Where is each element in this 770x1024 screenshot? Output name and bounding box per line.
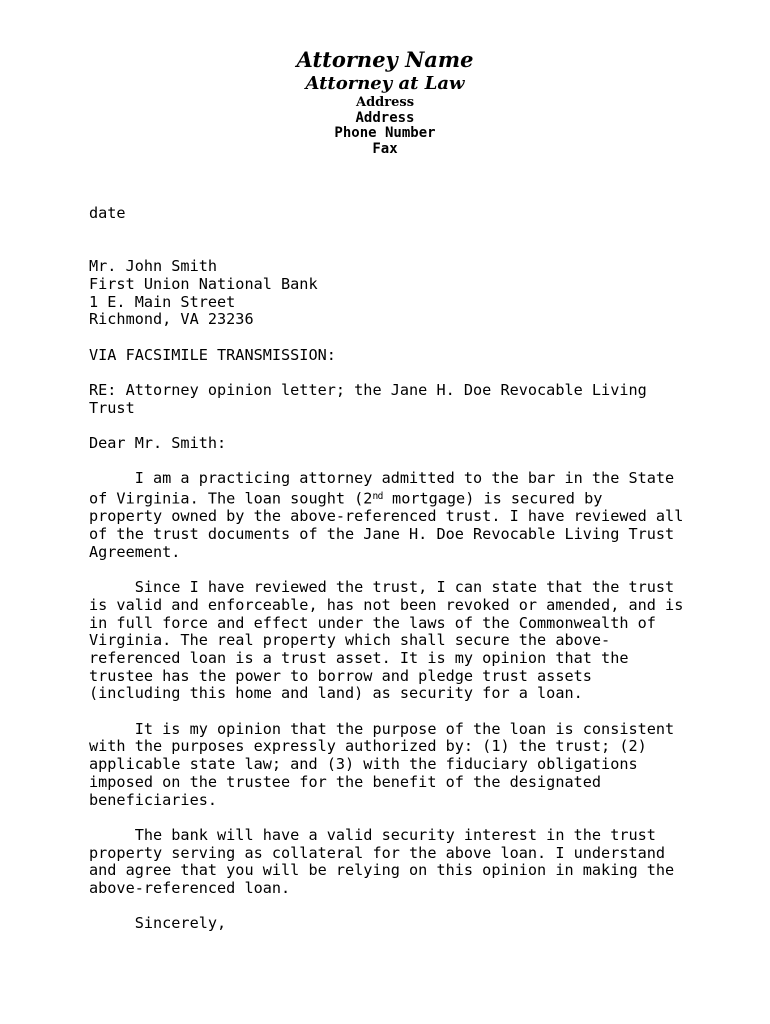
letterhead-fax: Fax <box>0 142 770 158</box>
letter-body: date Mr. John Smith First Union National… <box>0 205 770 933</box>
letterhead: Attorney Name Attorney at Law Address Ad… <box>0 0 770 157</box>
ordinal-superscript: nd <box>372 491 382 502</box>
paragraph-1: I am a practicing attorney admitted to t… <box>89 470 690 561</box>
letterhead-phone: Phone Number <box>0 126 770 142</box>
paragraph-2: Since I have reviewed the trust, I can s… <box>89 579 690 703</box>
letterhead-attorney-name: Attorney Name <box>0 48 770 72</box>
paragraph-4: The bank will have a valid security inte… <box>89 827 690 898</box>
letterhead-attorney-title: Attorney at Law <box>0 72 770 95</box>
salutation-line: Dear Mr. Smith: <box>89 435 690 453</box>
recipient-address-block: Mr. John Smith First Union National Bank… <box>89 258 690 329</box>
date-line: date <box>89 205 690 223</box>
closing-line: Sincerely, <box>89 915 690 933</box>
letterhead-address-line2: Address <box>0 111 770 127</box>
subject-line: RE: Attorney opinion letter; the Jane H.… <box>89 382 690 417</box>
letterhead-address-line1: Address <box>0 95 770 111</box>
document-page: Attorney Name Attorney at Law Address Ad… <box>0 0 770 1024</box>
paragraph-3: It is my opinion that the purpose of the… <box>89 721 690 810</box>
delivery-method-line: VIA FACSIMILE TRANSMISSION: <box>89 347 690 365</box>
